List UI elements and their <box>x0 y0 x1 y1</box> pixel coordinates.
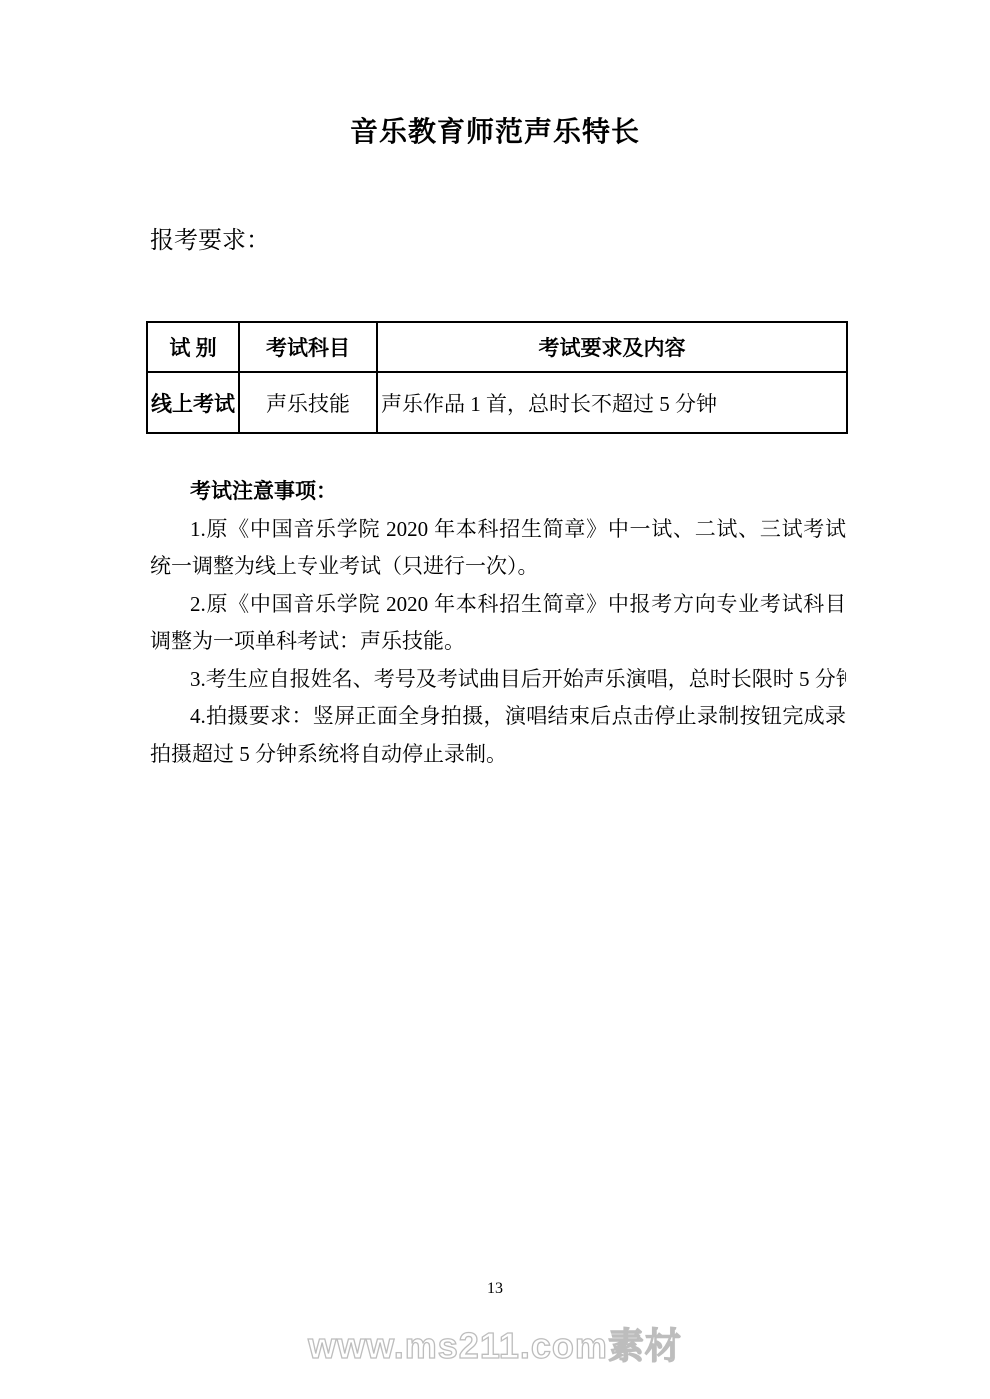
note-line-3: 3.考生应自报姓名、考号及考试曲目后开始声乐演唱，总时长限时 5 分钟。 <box>150 661 846 699</box>
cell-exam-subject: 声乐技能 <box>239 372 377 433</box>
note-line-1b: 统一调整为线上专业考试（只进行一次）。 <box>150 548 846 586</box>
column-header-exam-requirements: 考试要求及内容 <box>377 322 847 372</box>
table-header-row: 试 别 考试科目 考试要求及内容 <box>147 322 847 372</box>
cell-exam-type: 线上考试 <box>147 372 239 433</box>
cell-exam-requirement: 声乐作品 1 首，总时长不超过 5 分钟 <box>377 372 847 433</box>
column-header-exam-subject: 考试科目 <box>239 322 377 372</box>
watermark: www.ms211.com素材 <box>0 1318 990 1369</box>
section-label-application-requirements: 报考要求： <box>150 226 270 256</box>
exam-notes-section: 考试注意事项： 1.原《中国音乐学院 2020 年本科招生简章》中一试、二试、三… <box>150 473 846 773</box>
table-row: 线上考试 声乐技能 声乐作品 1 首，总时长不超过 5 分钟 <box>147 372 847 433</box>
note-line-4b: 拍摄超过 5 分钟系统将自动停止录制。 <box>150 736 846 774</box>
note-line-4a: 4.拍摄要求：竖屏正面全身拍摄，演唱结束后点击停止录制按钮完成录制， <box>150 698 846 736</box>
notes-heading: 考试注意事项： <box>150 473 846 511</box>
exam-requirements-table: 试 别 考试科目 考试要求及内容 线上考试 声乐技能 声乐作品 1 首，总时长不… <box>146 321 848 434</box>
column-header-exam-type: 试 别 <box>147 322 239 372</box>
page-number: 13 <box>0 1279 990 1299</box>
note-line-1a: 1.原《中国音乐学院 2020 年本科招生简章》中一试、二试、三试考试试别 <box>150 511 846 549</box>
note-line-2a: 2.原《中国音乐学院 2020 年本科招生简章》中报考方向专业考试科目统一 <box>150 586 846 624</box>
page-title: 音乐教育师范声乐特长 <box>0 116 990 150</box>
note-line-2b: 调整为一项单科考试：声乐技能。 <box>150 623 846 661</box>
document-page: 音乐教育师范声乐特长 报考要求： 试 别 考试科目 考试要求及内容 线上考试 声… <box>0 0 990 1399</box>
